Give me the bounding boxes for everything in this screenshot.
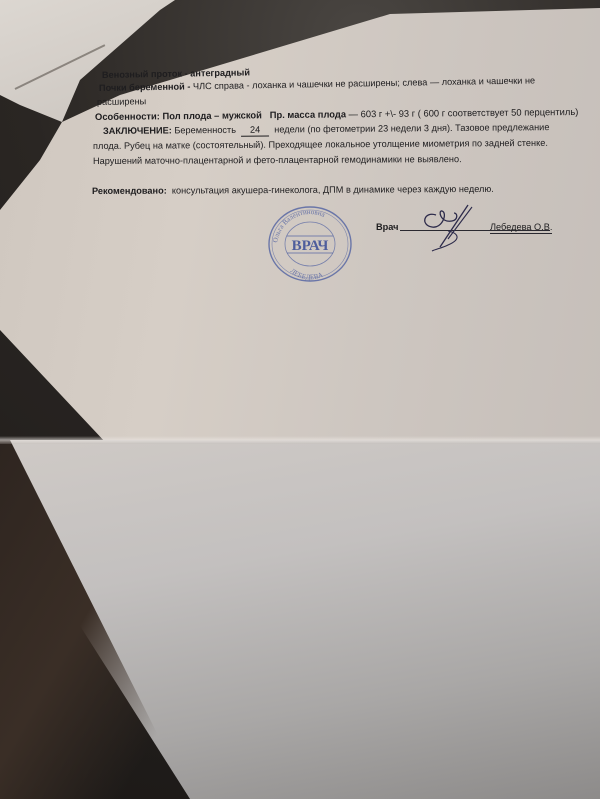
conclusion-text-2: плода. Рубец на матке (состоятельный). П… (93, 138, 548, 151)
pregnancy-prefix: Беременность (174, 125, 236, 136)
doctor-stamp: Ольга Валентиновна ЛЕБЕДЕВА ВРАЧ (265, 205, 355, 283)
conclusion-line: ЗАКЛЮЧЕНИЕ: Беременность 24 недели (по ф… (103, 121, 550, 138)
fetal-mass-value: — 603 г +\- 93 г ( 600 г соответствует 5… (349, 106, 579, 119)
signature (418, 203, 478, 253)
conclusion-line-3: Нарушений маточно-плацентарной и фето-пл… (93, 153, 462, 167)
role-label-line: Врач (376, 221, 398, 233)
features-label: Особенности: Пол плода – мужской (95, 109, 262, 122)
stamp-center-text: ВРАЧ (292, 238, 329, 254)
conclusion-text-3: Нарушений маточно-плацентарной и фето-пл… (93, 154, 462, 166)
ultrasound-report: Венозный проток - антеградный Почки бере… (0, 0, 600, 799)
stamp-ring-bottom: ЛЕБЕДЕВА (289, 267, 324, 282)
kidneys-line-2: расширены (97, 95, 146, 108)
kidneys-label: Почки беременной - (99, 81, 193, 93)
recommendation-line: Рекомендовано: консультация акушера-гине… (92, 183, 494, 197)
venous-duct-label: Венозный проток - (102, 68, 190, 80)
conclusion-line-2: плода. Рубец на матке (состоятельный). П… (93, 137, 548, 152)
doctor-name: Лебедева О.В. (490, 221, 552, 234)
venous-duct-value: антеградный (190, 67, 250, 78)
kidneys-value-2: расширены (97, 96, 146, 107)
role-label: Врач (376, 222, 398, 232)
svg-text:ЛЕБЕДЕВА: ЛЕБЕДЕВА (289, 267, 324, 282)
conclusion-label: ЗАКЛЮЧЕНИЕ: (103, 125, 172, 136)
conclusion-line1-suffix: недели (по фетометрии 23 недели 3 дня). … (274, 122, 549, 134)
gestation-weeks: 24 (241, 124, 269, 137)
recommendation-value: консультация акушера-гинеколога, ДПМ в д… (172, 184, 494, 196)
features-line: Особенности: Пол плода – мужской Пр. мас… (95, 106, 578, 123)
recommendation-label: Рекомендовано: (92, 186, 167, 196)
doctor-name-line: Лебедева О.В. (490, 221, 552, 234)
fetal-mass-label: Пр. масса плода (270, 108, 346, 120)
